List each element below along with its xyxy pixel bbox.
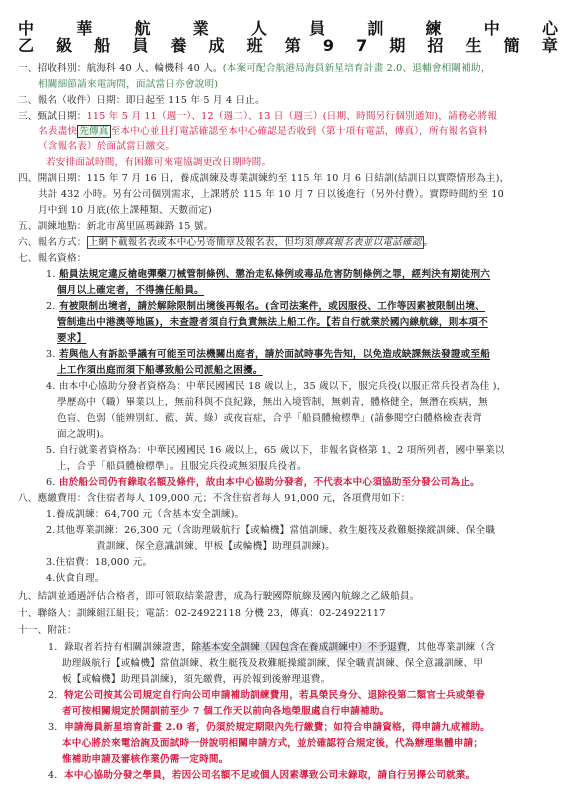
section-9-certificate: 九、結訓並通過評估合格者，即可領取結業證書，成為行駛國際航線及國內航線之乙級船員… — [18, 590, 420, 603]
eligibility-item-3: 3. 若與他人有訴訟爭議有可能至司法機關出庭者，請於面試時事先告知，以免造成缺課… — [46, 348, 490, 361]
section-2-registration-date: 二、報名（收件）日期：即日起至 115 年 5 月 4 日止。 — [18, 94, 265, 107]
note-item-3: 3. 申請海員新星培育計畫 2.0 者，仍須於規定期限內先行繳費；如符合申請資格… — [48, 721, 490, 734]
section-4-line2: 共計 432 小時。另有公司個別需求，上課將於 115 年 10 月 7 日以後… — [38, 188, 504, 201]
section-3-line2: 名表盡快先傳真至本中心並且打電話確認至本中心確認是否收到（第十項有電話，傳真），… — [38, 125, 488, 138]
eligibility-item-5: 5. 自行就業者資格為：中華民國國民 16 歲以上，65 歲以下，非報名資格第 … — [46, 444, 505, 457]
note-item-4: 4. 本中心協助分發之學員，若因公司名額不足或個人因素導致公司未錄取，請自行另擇… — [48, 769, 475, 782]
fee-item-2: 2.其他專業訓練：26,300 元（含助理級航行【或輪機】當值訓練、救生艇筏及救… — [46, 524, 495, 537]
fax-first-highlight: 先傳真 — [77, 125, 110, 138]
note-item-2: 2. 特定公司按其公司規定自行向公司申請補助訓練費用，若具榮民身分、退除役第二類… — [48, 689, 485, 702]
recruitment-document: 中 華 航 業 人 員 訓 練 中 心 乙 級 船 員 養 成 班 第 9 7 … — [0, 0, 571, 802]
section-3-line4: 若安排面試時間，有困難可來電協調更改日期時間。 — [46, 156, 271, 169]
section-8-fees: 八、應繳費用：含住宿者每人 109,000 元；不含住宿者每人 91,000 元… — [18, 492, 410, 505]
section-10-contact: 十、聯絡人：訓練組江組長；電話：02-24922118 分機 23，傳真：02-… — [18, 607, 386, 620]
section-4-line3: 月中到 10 月底(依上課種類、天數而定) — [38, 204, 212, 217]
section-4-start-date: 四、開訓日期：115 年 7 月 16 日，養成訓練及專業訓練約至 115 年 … — [18, 172, 509, 185]
eligibility-item-6: 6. 由於船公司仍有錄取名額及條件，故由本中心協助分發者，不代表本中心須協助至分… — [46, 476, 480, 489]
section-11-notes: 十一、附註： — [18, 624, 77, 637]
eligibility-item-1: 1. 船員法規定違反槍砲彈藥刀械管制條例、懲治走私條例或毒品危害防制條例之罪，經… — [46, 268, 490, 281]
eligibility-item-2: 2. 有被限制出境者，請於解除限制出境後再報名。(含司法案件，或因服役、工作等因… — [46, 300, 485, 313]
section-6-method: 六、報名方式：上網下載報名表或本中心另寄簡章及報名表，但均須傳真報名表並以電話確… — [18, 236, 433, 249]
title-program: 乙 級 船 員 養 成 班 第 9 7 期 招 生 簡 章 — [18, 37, 558, 55]
section-3-line3: （含報名表）於面試當日繳交。 — [38, 140, 175, 153]
section-3-exam-date: 三、甄試日期：115 年 5 月 11（週一）、12（週二）、13 日（週三）(… — [18, 110, 497, 123]
refund-highlight: 除基本安全訓練（因包含在養成訓練中）不予退費 — [191, 642, 406, 653]
section-7-eligibility: 七、報名資格： — [18, 252, 87, 265]
section-1-enrollment: 一、招收科別：航海科 40 人、輪機科 40 人。(本案可配合航港局海員新星培育… — [18, 62, 491, 75]
registration-method-box: 上網下載報名表或本中心另寄簡章及報名表，但均須傳真報名表並以電話確認 — [87, 236, 424, 249]
fee-item-4: 4.伙食自理。 — [46, 572, 105, 585]
section-5-location: 五、訓練地點：新北市萬里區瑪鋉路 15 號。 — [18, 220, 213, 233]
note-item-1: 1. 錄取者若持有相關訓練證書，除基本安全訓練（因包含在養成訓練中）不予退費，其… — [48, 641, 495, 654]
fee-item-1: 1.養成訓練：64,700 元（含基本安全訓練)。 — [46, 508, 244, 521]
fee-item-3: 3.住宿費：18,000 元。 — [46, 556, 152, 569]
section-1-note: 相關細節請來電詢問，面試當日亦會說明) — [38, 78, 218, 91]
eligibility-item-4: 4. 由本中心協助分發者資格為：中華民國國民 18 歲以上，35 歲以下，服完兵… — [46, 380, 506, 393]
